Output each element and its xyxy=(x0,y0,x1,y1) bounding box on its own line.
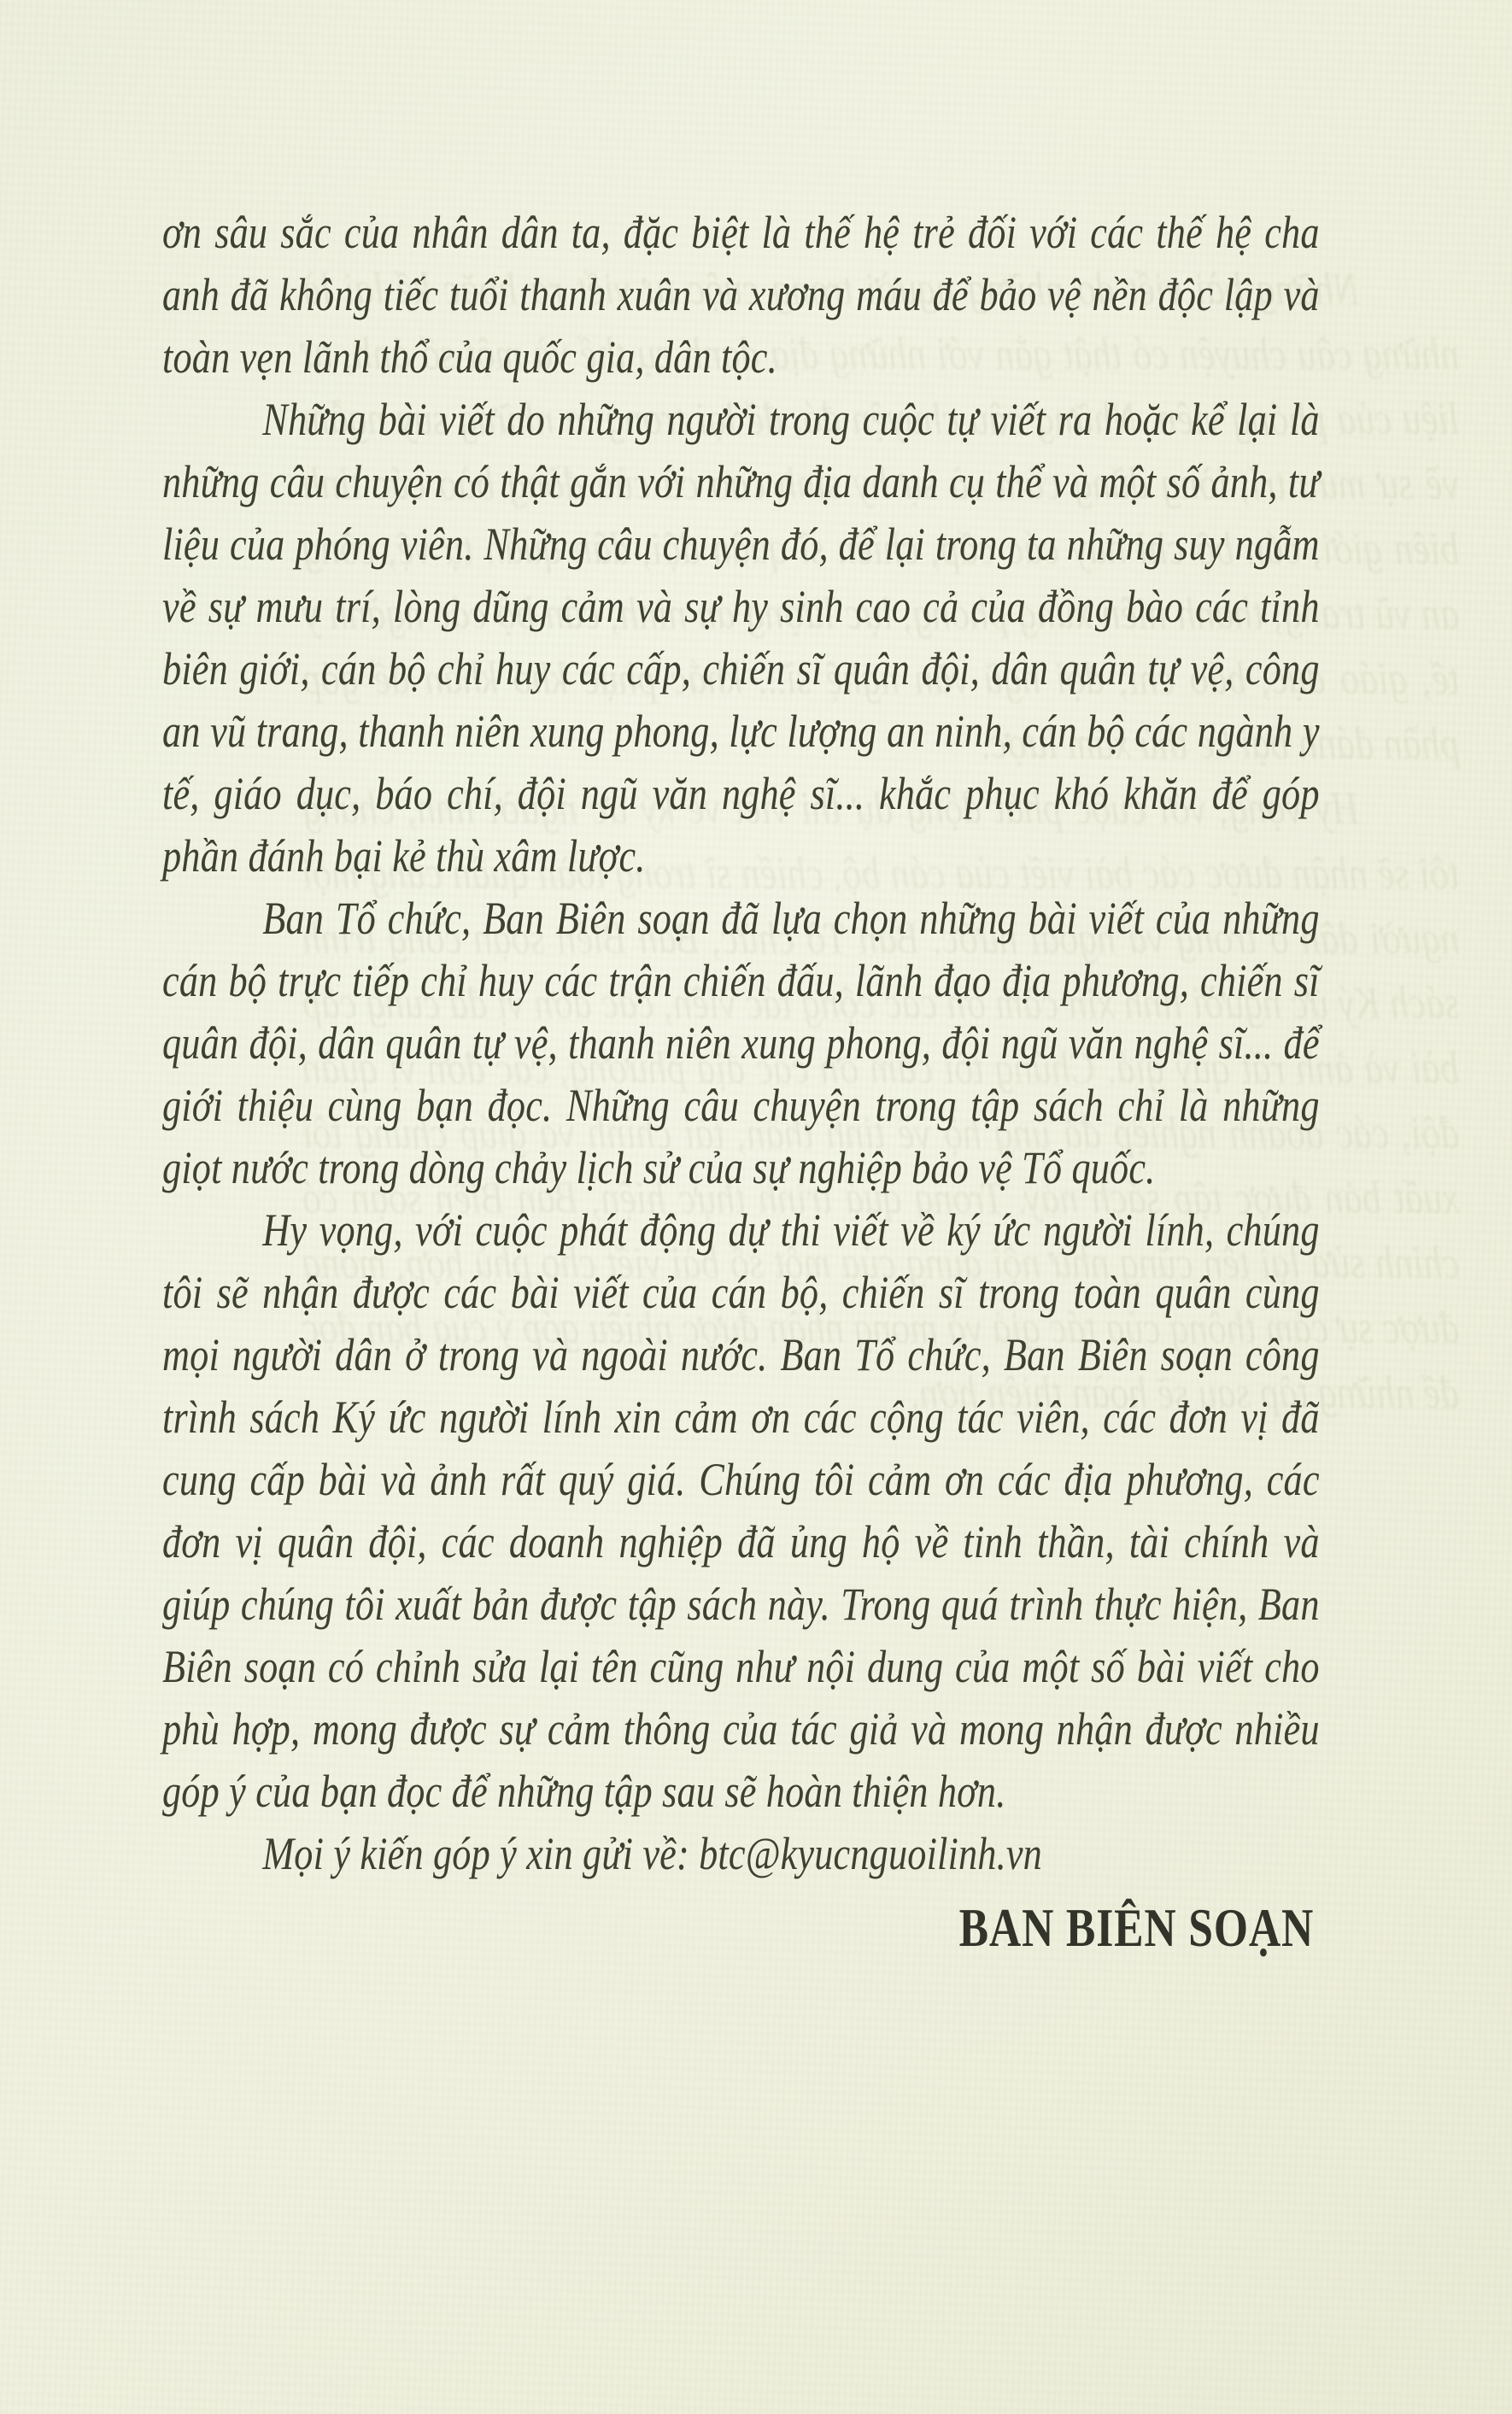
paragraph-selection-process: Ban Tổ chức, Ban Biên soạn đã lựa chọn n… xyxy=(162,888,1320,1199)
scanned-book-page: Những bài viết do những người trong cuộc… xyxy=(0,0,1512,2414)
page-text-block: ơn sâu sắc của nhân dân ta, đặc biệt là … xyxy=(162,202,1320,1960)
signature-editorial-board: BAN BIÊN SOẠN xyxy=(162,1897,1320,1960)
paragraph-gratitude-continuation: ơn sâu sắc của nhân dân ta, đặc biệt là … xyxy=(162,202,1320,389)
paragraph-hopes-and-thanks: Hy vọng, với cuộc phát động dự thi viết … xyxy=(162,1199,1320,1823)
paragraph-articles-origin: Những bài viết do những người trong cuộc… xyxy=(162,389,1320,888)
line-feedback-email: Mọi ý kiến góp ý xin gửi về: btc@kyucngu… xyxy=(162,1823,1320,1885)
